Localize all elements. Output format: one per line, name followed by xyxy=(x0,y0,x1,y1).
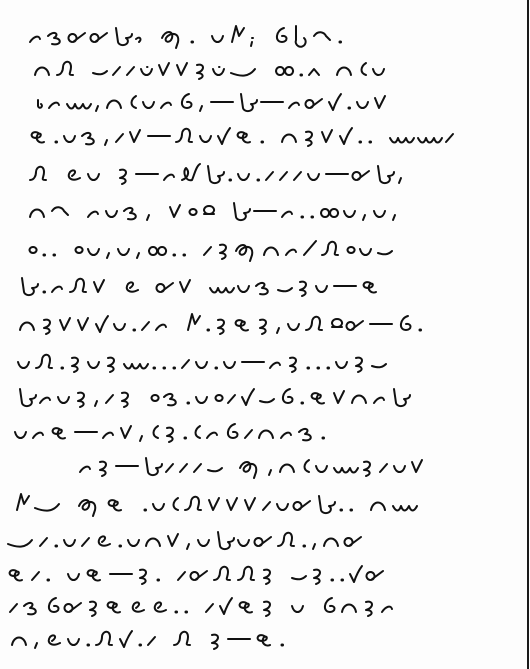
shorthand-outline xyxy=(236,320,248,330)
shorthand-outline xyxy=(288,324,299,330)
shorthand-outline xyxy=(68,639,79,645)
shorthand-outline xyxy=(162,32,178,48)
shorthand-line-15 xyxy=(8,532,361,549)
shorthand-outline xyxy=(281,433,291,438)
shorthand-outline xyxy=(399,178,401,183)
shorthand-outline xyxy=(278,288,292,291)
shorthand-outline xyxy=(8,540,32,547)
shorthand-outline xyxy=(292,576,306,579)
page-edge-border xyxy=(527,0,529,669)
shorthand-outline xyxy=(393,506,417,511)
shorthand-outline xyxy=(105,140,107,145)
shorthand-outline xyxy=(187,544,189,549)
shorthand-outline xyxy=(120,631,132,647)
shorthand-outline xyxy=(280,172,287,180)
shorthand-outline xyxy=(212,635,218,649)
shorthand-outline xyxy=(200,106,202,111)
shorthand-outline xyxy=(142,322,149,330)
shorthand-outline xyxy=(182,360,189,368)
shorthand-outline xyxy=(401,316,411,330)
shorthand-outline xyxy=(190,571,207,580)
shorthand-outline xyxy=(40,398,50,403)
shorthand-outline xyxy=(198,540,209,546)
shorthand-outline xyxy=(363,215,365,220)
shorthand-outline xyxy=(394,389,410,406)
shorthand-outline xyxy=(382,607,392,612)
shorthand-outline xyxy=(88,249,99,255)
shorthand-outline xyxy=(96,106,98,111)
shorthand-outline xyxy=(30,247,37,253)
shorthand-outline xyxy=(94,280,104,292)
shorthand-outline xyxy=(130,130,140,142)
shorthand-outline xyxy=(109,500,121,510)
shorthand-line-16 xyxy=(10,566,383,584)
shorthand-outline xyxy=(374,211,385,217)
shorthand-outline xyxy=(218,532,234,549)
shorthand-outline xyxy=(124,208,136,219)
shorthand-line-14 xyxy=(17,494,417,516)
shorthand-outline xyxy=(155,602,166,611)
shorthand-outline xyxy=(58,397,69,403)
shorthand-outline xyxy=(120,170,126,184)
shorthand-outline xyxy=(152,395,159,401)
shorthand-outline xyxy=(305,460,310,472)
shorthand-outline xyxy=(200,136,211,142)
shorthand-outline xyxy=(364,282,376,292)
shorthand-outline xyxy=(72,358,78,372)
shorthand-line-1 xyxy=(30,26,341,48)
shorthand-outline xyxy=(106,211,117,217)
shorthand-outline xyxy=(255,537,272,546)
shorthand-outline xyxy=(128,540,139,546)
shorthand-outline xyxy=(375,96,385,108)
shorthand-outline xyxy=(133,602,144,611)
shorthand-outline xyxy=(304,241,316,255)
shorthand-outline xyxy=(38,100,42,108)
shorthand-line-9 xyxy=(20,314,421,334)
shorthand-outline xyxy=(218,320,224,334)
shorthand-outline xyxy=(137,253,139,258)
shorthand-outline xyxy=(88,362,99,368)
shorthand-outline xyxy=(22,278,38,295)
shorthand-outline xyxy=(294,172,301,180)
shorthand-line-17 xyxy=(10,598,392,616)
shorthand-outline xyxy=(20,323,34,331)
shorthand-outline xyxy=(348,247,355,253)
shorthand-outline xyxy=(96,316,108,332)
shorthand-outline xyxy=(182,94,192,108)
shorthand-outline xyxy=(10,570,22,580)
shorthand-outline xyxy=(208,166,224,183)
shorthand-outline xyxy=(240,602,252,612)
shorthand-outline xyxy=(324,539,338,547)
shorthand-outline xyxy=(220,598,232,614)
shorthand-outline xyxy=(259,431,273,439)
shorthand-outline xyxy=(121,426,131,438)
shorthand-outline xyxy=(161,103,171,108)
shorthand-outline xyxy=(322,130,332,142)
shorthand-outline xyxy=(277,504,288,510)
shorthand-outline xyxy=(132,96,137,108)
shorthand-outline xyxy=(412,460,422,472)
shorthand-outline xyxy=(362,63,367,75)
shorthand-outline xyxy=(300,282,306,296)
shorthand-outline xyxy=(242,389,254,405)
shorthand-outline xyxy=(264,248,278,256)
shorthand-outline xyxy=(357,102,368,108)
shorthand-line-5 xyxy=(30,164,401,184)
shorthand-outline xyxy=(314,570,320,584)
shorthand-outline xyxy=(127,282,138,291)
shorthand-outline xyxy=(36,355,52,368)
shorthand-outline xyxy=(69,33,86,42)
shorthand-outline xyxy=(336,362,347,368)
shorthand-outline xyxy=(30,210,44,218)
shorthand-outline xyxy=(103,433,113,438)
shorthand-outline xyxy=(220,245,226,259)
shorthand-outline xyxy=(316,466,327,472)
shorthand-outline xyxy=(88,174,99,180)
shorthand-outline xyxy=(88,212,98,217)
shorthand-outline xyxy=(292,606,303,612)
shorthand-outline xyxy=(390,138,414,143)
shorthand-outline xyxy=(372,364,386,367)
shorthand-line-3 xyxy=(38,94,385,111)
shorthand-outline xyxy=(206,604,213,612)
shorthand-outline xyxy=(286,250,296,255)
shorthand-outline xyxy=(263,502,270,510)
shorthand-outline xyxy=(196,397,207,403)
shorthand-page: Pitman shorthand xyxy=(0,0,530,669)
shorthand-outline xyxy=(190,209,197,215)
shorthand-outline xyxy=(240,462,256,478)
shorthand-outline xyxy=(196,362,207,368)
shorthand-outline xyxy=(154,426,159,438)
shorthand-outline xyxy=(393,215,395,220)
shorthand-outline xyxy=(245,498,255,510)
shorthand-outline xyxy=(344,211,355,217)
shorthand-outline xyxy=(52,287,62,292)
shorthand-outline xyxy=(57,62,73,75)
shorthand-outline xyxy=(91,33,108,42)
shorthand-outline xyxy=(32,572,39,580)
shorthand-outline xyxy=(49,598,59,612)
shorthand-outline xyxy=(143,102,154,108)
shorthand-outline xyxy=(168,534,178,546)
shorthand-outline xyxy=(371,503,385,511)
shorthand-outline xyxy=(314,32,330,40)
shorthand-outline xyxy=(113,67,120,75)
shorthand-outline xyxy=(64,136,75,142)
shorthand-outline xyxy=(108,602,120,612)
shorthand-outline xyxy=(264,602,270,616)
shorthand-outline xyxy=(228,424,238,438)
shorthand-outline xyxy=(251,38,253,46)
shorthand-outline xyxy=(306,132,312,146)
shorthand-outline xyxy=(325,598,335,612)
shorthand-outline xyxy=(53,428,65,438)
shorthand-outline xyxy=(159,63,169,75)
shorthand-outline xyxy=(147,215,149,220)
shorthand-outline xyxy=(334,391,344,403)
shorthand-outline xyxy=(166,464,173,472)
shorthand-outline xyxy=(24,603,36,614)
shorthand-outline xyxy=(67,104,91,109)
shorthand-outline xyxy=(20,389,36,406)
shorthand-outline xyxy=(378,251,392,254)
shorthand-outline xyxy=(231,69,255,76)
shorthand-outline xyxy=(294,501,311,510)
shorthand-outline xyxy=(177,63,187,75)
shorthand-outline xyxy=(40,538,47,546)
shorthand-outline xyxy=(290,358,296,372)
shorthand-outline xyxy=(182,164,200,180)
shorthand-outline xyxy=(30,167,46,180)
shorthand-line-10 xyxy=(18,355,386,372)
shorthand-outline xyxy=(276,67,293,75)
shorthand-outline xyxy=(18,362,29,368)
shorthand-outline xyxy=(277,328,279,333)
shorthand-outline xyxy=(78,318,88,330)
shorthand-outline xyxy=(227,498,237,510)
shorthand-outline xyxy=(141,67,152,75)
shorthand-outline xyxy=(316,286,327,292)
shorthand-ink-layer xyxy=(0,0,530,669)
shorthand-outline xyxy=(95,401,97,406)
shorthand-outline xyxy=(260,320,266,334)
shorthand-outline xyxy=(107,253,109,258)
shorthand-outline xyxy=(49,103,59,108)
shorthand-outline xyxy=(82,538,89,546)
shorthand-outline xyxy=(238,540,249,546)
shorthand-outline xyxy=(374,398,384,403)
shorthand-outline xyxy=(207,433,217,438)
shorthand-outline xyxy=(238,174,249,180)
shorthand-outline xyxy=(70,279,86,292)
shorthand-outline xyxy=(100,462,106,476)
shorthand-outline xyxy=(283,389,293,403)
shorthand-outline xyxy=(394,466,405,472)
shorthand-outline xyxy=(299,429,311,440)
shorthand-outline xyxy=(245,430,252,438)
shorthand-outline xyxy=(146,539,160,547)
shorthand-outline xyxy=(122,393,128,407)
shorthand-outline xyxy=(118,249,129,255)
shorthand-outline xyxy=(296,26,306,47)
shorthand-outline xyxy=(309,69,319,75)
shorthand-outline xyxy=(345,537,362,546)
shorthand-outline xyxy=(174,498,179,510)
shorthand-outline xyxy=(364,462,370,476)
shorthand-outline xyxy=(127,67,134,75)
shorthand-outline xyxy=(337,68,351,76)
shorthand-outline xyxy=(78,393,84,407)
shorthand-outline xyxy=(236,245,252,261)
shorthand-outline xyxy=(99,536,110,545)
shorthand-outline xyxy=(17,494,29,510)
shorthand-outline xyxy=(266,172,273,180)
shorthand-line-8 xyxy=(22,278,376,296)
shorthand-outline xyxy=(418,138,442,143)
shorthand-outline xyxy=(232,26,244,42)
shorthand-outline xyxy=(366,602,372,616)
shorthand-outline xyxy=(174,632,190,645)
shorthand-outline xyxy=(60,318,70,330)
shorthand-outline xyxy=(188,314,200,330)
shorthand-outline xyxy=(140,436,142,441)
shorthand-outline xyxy=(218,128,230,144)
shorthand-outline xyxy=(356,358,362,372)
shorthand-outline xyxy=(234,203,250,220)
shorthand-outline xyxy=(312,393,324,403)
shorthand-outline xyxy=(228,395,235,403)
shorthand-outline xyxy=(82,133,94,144)
shorthand-line-6 xyxy=(30,203,395,220)
shorthand-outline xyxy=(93,71,107,74)
shorthand-line-7 xyxy=(30,241,392,261)
shorthand-outline xyxy=(208,468,222,471)
shorthand-outline xyxy=(238,567,254,580)
shorthand-outline xyxy=(308,174,319,180)
shorthand-outline xyxy=(164,394,176,405)
shorthand-outline xyxy=(180,464,187,472)
shorthand-outline xyxy=(157,283,174,292)
shorthand-outline xyxy=(96,632,112,645)
shorthand-outline xyxy=(49,635,60,644)
shorthand-outline xyxy=(334,468,358,473)
shorthand-outline xyxy=(149,247,166,255)
shorthand-outline xyxy=(238,286,249,292)
shorthand-outline xyxy=(224,362,235,368)
shorthand-line-2 xyxy=(35,62,384,79)
shorthand-outline xyxy=(140,570,146,584)
shorthand-outline xyxy=(204,206,214,214)
shorthand-outline xyxy=(116,134,123,142)
shorthand-outline xyxy=(260,399,274,402)
shorthand-outline xyxy=(32,132,44,142)
shorthand-outline xyxy=(176,129,192,142)
shorthand-outline xyxy=(80,467,90,472)
shorthand-outline xyxy=(289,103,299,108)
shorthand-outline xyxy=(107,101,121,109)
shorthand-outline xyxy=(136,38,140,42)
shorthand-outline xyxy=(64,540,75,546)
shorthand-outline xyxy=(167,428,173,442)
shorthand-outline xyxy=(48,33,60,44)
shorthand-outline xyxy=(210,288,234,293)
shorthand-outline xyxy=(76,247,83,253)
shorthand-outline xyxy=(378,166,394,183)
shorthand-outline xyxy=(213,67,224,75)
shorthand-outline xyxy=(106,395,113,403)
shorthand-line-12 xyxy=(15,424,324,442)
shorthand-outline xyxy=(373,69,384,75)
shorthand-outline xyxy=(65,603,82,612)
shorthand-outline xyxy=(170,205,180,217)
shorthand-outline xyxy=(10,604,17,612)
shorthand-outline xyxy=(35,643,37,648)
shorthand-outline xyxy=(340,128,352,144)
shorthand-outline xyxy=(342,605,356,613)
shorthand-outline xyxy=(360,249,371,255)
shorthand-outline xyxy=(164,175,174,180)
shorthand-outline xyxy=(321,209,338,217)
shorthand-outline xyxy=(153,504,164,510)
shorthand-outline xyxy=(185,497,201,510)
shorthand-outline xyxy=(35,504,59,511)
shorthand-outline xyxy=(146,458,162,475)
shorthand-outline xyxy=(264,570,270,584)
shorthand-outline xyxy=(270,363,280,368)
shorthand-outline xyxy=(30,37,40,42)
shorthand-outline xyxy=(346,321,363,330)
shorthand-outline xyxy=(319,496,335,513)
shorthand-line-4 xyxy=(32,128,453,146)
shorthand-outline xyxy=(313,544,315,549)
shorthand-outline xyxy=(256,283,268,294)
shorthand-outline xyxy=(258,635,270,645)
shorthand-outline xyxy=(204,247,211,255)
shorthand-line-18 xyxy=(12,631,283,649)
shorthand-outline xyxy=(124,364,148,369)
shorthand-outline xyxy=(216,395,223,401)
shorthand-outline xyxy=(282,212,292,217)
shorthand-outline xyxy=(282,135,296,143)
shorthand-outline xyxy=(90,602,96,616)
shorthand-line-11 xyxy=(20,389,410,407)
shorthand-outline xyxy=(69,170,80,179)
shorthand-outline xyxy=(68,574,79,580)
shorthand-outline xyxy=(350,566,362,582)
shorthand-outline xyxy=(329,94,341,110)
shorthand-outline xyxy=(209,498,219,510)
shorthand-outline xyxy=(322,242,338,255)
shorthand-outline xyxy=(44,320,50,334)
shorthand-outline xyxy=(12,638,26,646)
shorthand-outline xyxy=(116,28,132,45)
shorthand-outline xyxy=(380,464,387,472)
shorthand-outline xyxy=(238,132,250,142)
shorthand-outline xyxy=(352,396,366,404)
shorthand-outline xyxy=(212,36,223,42)
shorthand-outline xyxy=(305,99,322,108)
shorthand-outline xyxy=(367,571,384,580)
shorthand-outline xyxy=(52,207,68,215)
shorthand-outline xyxy=(241,94,257,111)
shorthand-outline xyxy=(114,324,125,330)
shorthand-outline xyxy=(269,470,271,475)
shorthand-outline xyxy=(148,637,155,645)
shorthand-outline xyxy=(197,65,203,79)
shorthand-outline xyxy=(88,570,100,580)
shorthand-outline xyxy=(278,533,294,546)
shorthand-outline xyxy=(446,134,453,142)
shorthand-outline xyxy=(180,280,190,292)
shorthand-outline xyxy=(306,317,322,330)
shorthand-outline xyxy=(352,171,369,180)
shorthand-outline xyxy=(178,572,185,580)
shorthand-outline xyxy=(332,319,342,327)
shorthand-outline xyxy=(277,28,287,42)
shorthand-outline xyxy=(196,426,201,438)
shorthand-outline xyxy=(33,433,43,438)
shorthand-outline xyxy=(108,358,114,372)
shorthand-outline xyxy=(35,68,49,76)
shorthand-outline xyxy=(280,465,294,473)
shorthand-outline xyxy=(194,464,201,472)
shorthand-outline xyxy=(79,500,95,516)
shorthand-line-13 xyxy=(80,458,422,478)
